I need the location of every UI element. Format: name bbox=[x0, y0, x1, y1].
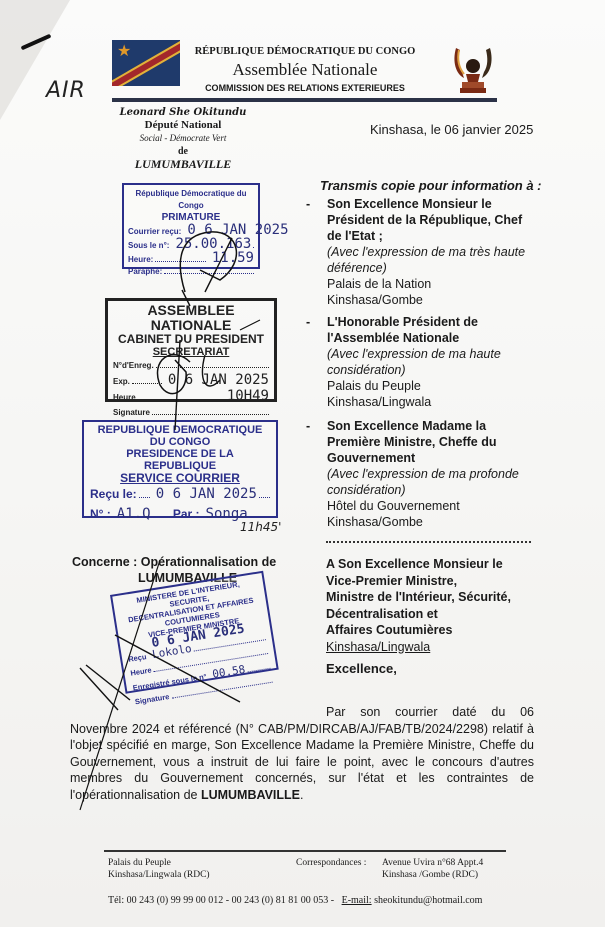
recipient-courtesy: (Avec l'expression de ma très haute défé… bbox=[327, 244, 536, 276]
handwritten-time-note: 11h45' bbox=[240, 520, 281, 534]
sender-name: Leonard She Okitundu bbox=[108, 106, 258, 119]
recipient-place: Palais de la Nation bbox=[327, 276, 536, 292]
footer-contact: Tél: 00 243 (0) 99 99 00 012 - 00 243 (0… bbox=[108, 895, 482, 907]
addressee-line: Ministre de l'Intérieur, Sécurité, bbox=[326, 589, 546, 606]
sender-party: Social - Démocrate Vert bbox=[108, 132, 258, 145]
stamp-row: Heure10H49 bbox=[113, 389, 269, 405]
header-divider bbox=[112, 98, 497, 102]
copy-recipient: - Son Excellence Monsieur le Président d… bbox=[306, 196, 536, 308]
copies-heading: Transmis copie pour information à : bbox=[320, 178, 542, 193]
addressee-line: Vice-Premier Ministre, bbox=[326, 573, 546, 590]
header-institution: Assemblée Nationale bbox=[190, 60, 420, 80]
drc-coat-of-arms-icon bbox=[450, 44, 496, 96]
stamp-row: Exp.0 6 JAN 2025 bbox=[113, 373, 269, 389]
recipient-city: Kinshasa/Lingwala bbox=[327, 394, 536, 410]
body-bold-end: LUMUMBAVILLE bbox=[201, 788, 300, 802]
footer-email-label: E-mail: bbox=[342, 895, 372, 906]
stamp-row: Signature bbox=[113, 405, 269, 420]
addressee-line: Décentralisation et bbox=[326, 606, 546, 623]
footer-phone: Tél: 00 243 (0) 99 99 00 012 - 00 243 (0… bbox=[108, 895, 334, 906]
drc-flag-icon: ★ bbox=[112, 40, 180, 86]
date-line: Kinshasa, le 06 janvier 2025 bbox=[370, 122, 533, 137]
recipient-place: Palais du Peuple bbox=[327, 378, 536, 394]
addressee-block: A Son Excellence Monsieur le Vice-Premie… bbox=[326, 556, 546, 655]
stamp-row: Paraphe: bbox=[128, 266, 254, 278]
addressee-line: A Son Excellence Monsieur le bbox=[326, 556, 546, 573]
footer-address-right: Avenue Uvira n°68 Appt.4 Kinshasa /Gombe… bbox=[382, 857, 483, 881]
dotted-separator bbox=[326, 541, 531, 543]
footer-address-left: Palais du Peuple Kinshasa/Lingwala (RDC) bbox=[108, 857, 210, 881]
recipient-title: Son Excellence Monsieur le Président de … bbox=[327, 196, 536, 244]
letter-page: AIR ★ RÉPUBLIQUE DÉMOCRATIQUE DU CONGO A… bbox=[0, 0, 605, 927]
addressee-city: Kinshasa/Lingwala bbox=[326, 639, 546, 656]
handwritten-air-note: AIR bbox=[46, 78, 86, 103]
stamp-presidence: REPUBLIQUE DEMOCRATIQUE DU CONGO PRESIDE… bbox=[82, 420, 278, 518]
recipient-title: Son Excellence Madame la Première Minist… bbox=[327, 418, 536, 466]
footer-divider bbox=[104, 850, 506, 852]
recipient-city: Kinshasa/Gombe bbox=[327, 514, 536, 530]
stamp-row: N°d'Enreg. bbox=[113, 358, 269, 373]
recipient-place: Hôtel du Gouvernement bbox=[327, 498, 536, 514]
body-paragraph: Par son courrier daté du 06 Novembre 202… bbox=[70, 704, 534, 803]
stamp-assemblee-nationale: ASSEMBLEE NATIONALE CABINET DU PRESIDENT… bbox=[105, 298, 277, 402]
header-country: RÉPUBLIQUE DÉMOCRATIQUE DU CONGO bbox=[190, 46, 420, 57]
copy-recipient: - Son Excellence Madame la Première Mini… bbox=[306, 418, 536, 530]
stamp-row: Reçu le:0 6 JAN 2025 bbox=[90, 484, 270, 504]
subject-label: Concerne : Opérationnalisation de bbox=[72, 555, 276, 569]
footer-email[interactable]: sheokitundu@hotmail.com bbox=[374, 895, 482, 906]
recipient-courtesy: (Avec l'expression de ma haute considéra… bbox=[327, 346, 536, 378]
header-commission: COMMISSION DES RELATIONS EXTERIEURES bbox=[190, 83, 420, 93]
stamp-ministere-interieur: MINISTERE DE L'INTERIEUR, SECURITE, DECE… bbox=[110, 571, 279, 694]
sender-constituency: LUMUMBAVILLE bbox=[108, 158, 258, 171]
recipient-city: Kinshasa/Gombe bbox=[327, 292, 536, 308]
sender-block: Leonard She Okitundu Député National Soc… bbox=[108, 106, 258, 171]
recipient-title: L'Honorable Président de l'Assemblée Nat… bbox=[327, 314, 536, 346]
footer-correspondence-label: Correspondances : bbox=[296, 857, 366, 869]
copy-recipient: - L'Honorable Président de l'Assemblée N… bbox=[306, 314, 536, 410]
salutation: Excellence, bbox=[326, 661, 397, 676]
stamp-primature: République Démocratique du Congo PRIMATU… bbox=[122, 183, 260, 269]
stamp-row: Heure:11.59 bbox=[128, 252, 254, 266]
addressee-line: Affaires Coutumières bbox=[326, 622, 546, 639]
recipient-courtesy: (Avec l'expression de ma profonde consid… bbox=[327, 466, 536, 498]
sender-title: Député National bbox=[108, 119, 258, 132]
